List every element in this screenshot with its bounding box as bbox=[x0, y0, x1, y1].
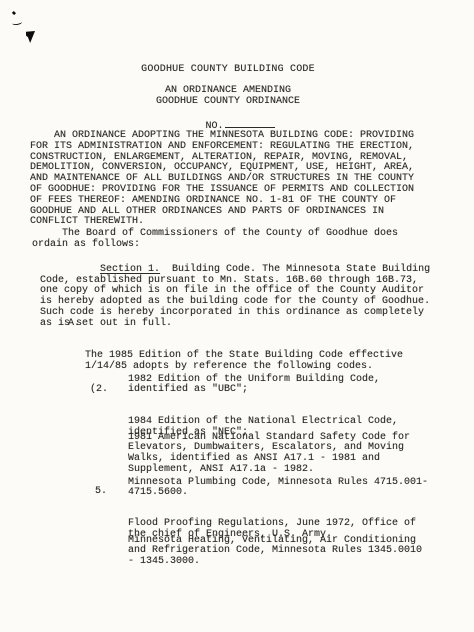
section1-indent bbox=[64, 264, 100, 275]
board-ordains-paragraph: The Board of Commissioners of the County… bbox=[32, 229, 398, 251]
document-title: GOODHUE COUNTY BUILDING CODE bbox=[30, 65, 426, 76]
ink-squiggle-mark bbox=[12, 19, 23, 25]
scanned-document-page: GOODHUE COUNTY BUILDING CODE AN ORDINANC… bbox=[0, 0, 474, 632]
preamble-paragraph: AN ORDINANCE ADOPTING THE MINNESOTA BUIL… bbox=[30, 131, 414, 228]
document-subtitle: AN ORDINANCE AMENDING GOODHUE COUNTY ORD… bbox=[30, 86, 426, 108]
ink-blot-mark bbox=[26, 31, 35, 43]
list-item-a-marker: A. bbox=[68, 319, 80, 330]
sub-item-hvac-text: Minnesota Heating, Ventilating, Air Cond… bbox=[128, 536, 474, 568]
list-item: Minnesota Heating, Ventilating, Air Cond… bbox=[0, 514, 474, 590]
sub-item-flood-marker: 5. bbox=[95, 487, 107, 498]
ink-speck-mark bbox=[12, 11, 16, 15]
ordinance-number-blank-line bbox=[225, 118, 275, 128]
sub-item-nec-marker: (2. bbox=[90, 385, 108, 396]
section1-heading: Section 1. bbox=[100, 264, 160, 275]
